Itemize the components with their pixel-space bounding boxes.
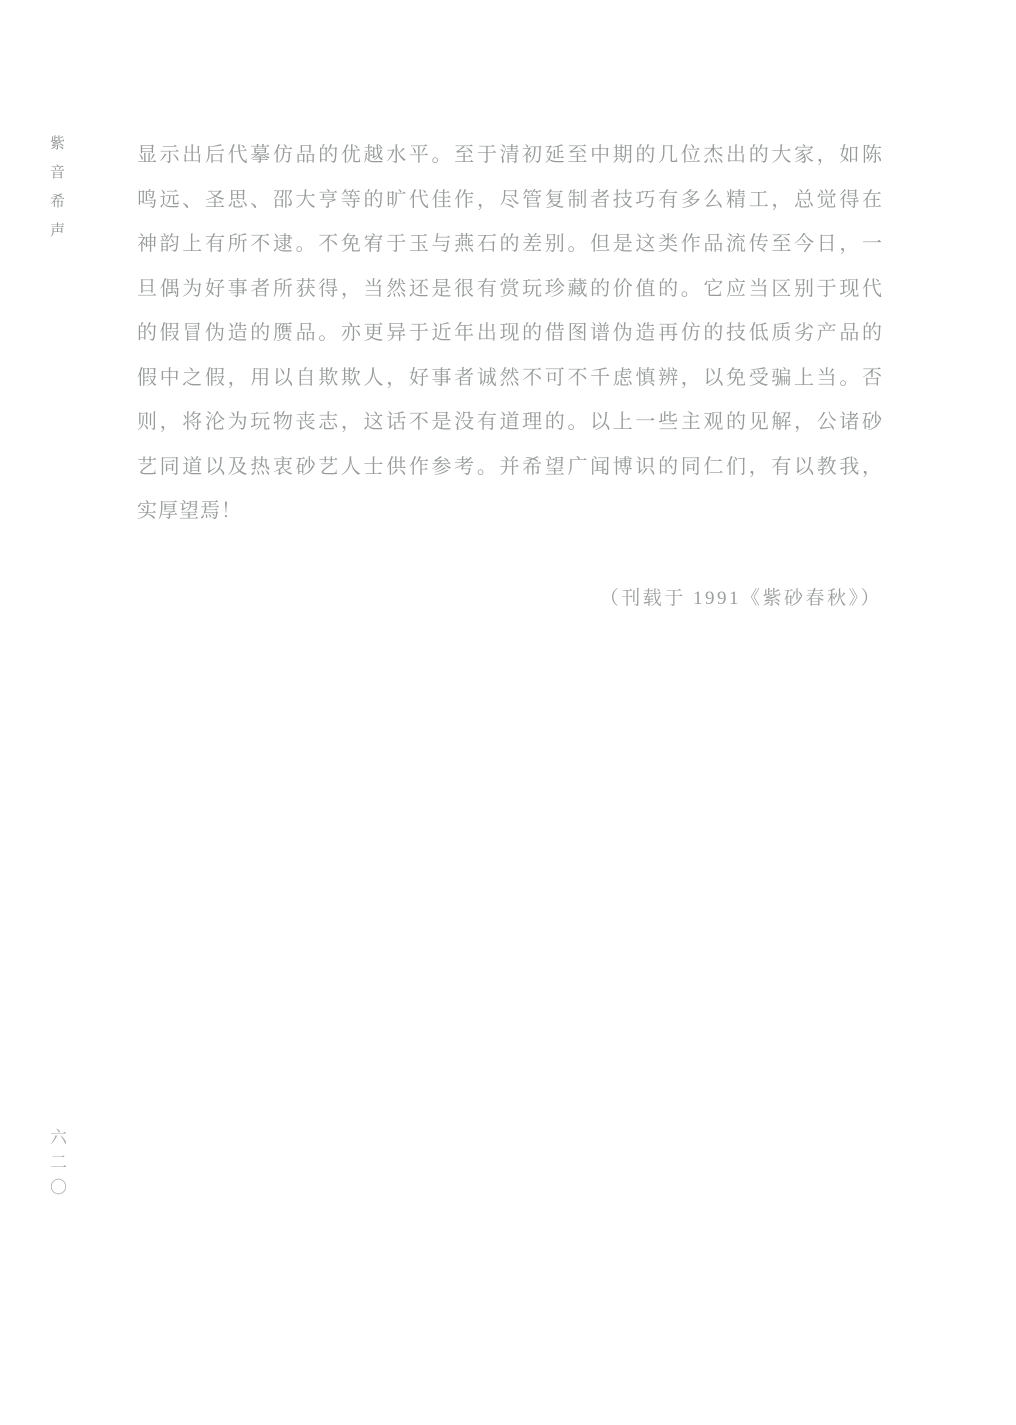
citation: （刊载于 1991《紫砂春秋》） [600, 583, 882, 610]
running-head: 紫音希声 [46, 135, 67, 251]
body-text-line: 鸣远、圣思、邵大亨等的旷代佳作，尽管复制者技巧有多么精工，总觉得在 [137, 178, 883, 223]
body-text-line: 实厚望焉！ [137, 489, 883, 534]
body-text-line: 则，将沦为玩物丧志，这话不是没有道理的。以上一些主观的见解，公诸砂 [137, 400, 883, 445]
article-body: 显示出后代摹仿品的优越水平。至于清初延至中期的几位杰出的大家，如陈 鸣远、圣思、… [137, 133, 883, 534]
body-text-line: 旦偶为好事者所获得，当然还是很有赏玩珍藏的价值的。它应当区别于现代 [137, 267, 883, 312]
body-text-line: 的假冒伪造的赝品。亦更异于近年出现的借图谱伪造再仿的技低质劣产品的 [137, 311, 883, 356]
body-text-line: 显示出后代摹仿品的优越水平。至于清初延至中期的几位杰出的大家，如陈 [137, 133, 883, 178]
body-text-line: 神韵上有所不逮。不免宥于玉与燕石的差别。但是这类作品流传至今日，一 [137, 222, 883, 267]
body-text-line: 艺同道以及热衷砂艺人士供作参考。并希望广闻博识的同仁们，有以教我， [137, 445, 883, 490]
body-text-line: 假中之假，用以自欺欺人，好事者诚然不可不千虑慎辨，以免受骗上当。否 [137, 356, 883, 401]
page-number: 六二〇 [44, 1128, 69, 1203]
book-page: 紫音希声 显示出后代摹仿品的优越水平。至于清初延至中期的几位杰出的大家，如陈 鸣… [0, 0, 1016, 1425]
